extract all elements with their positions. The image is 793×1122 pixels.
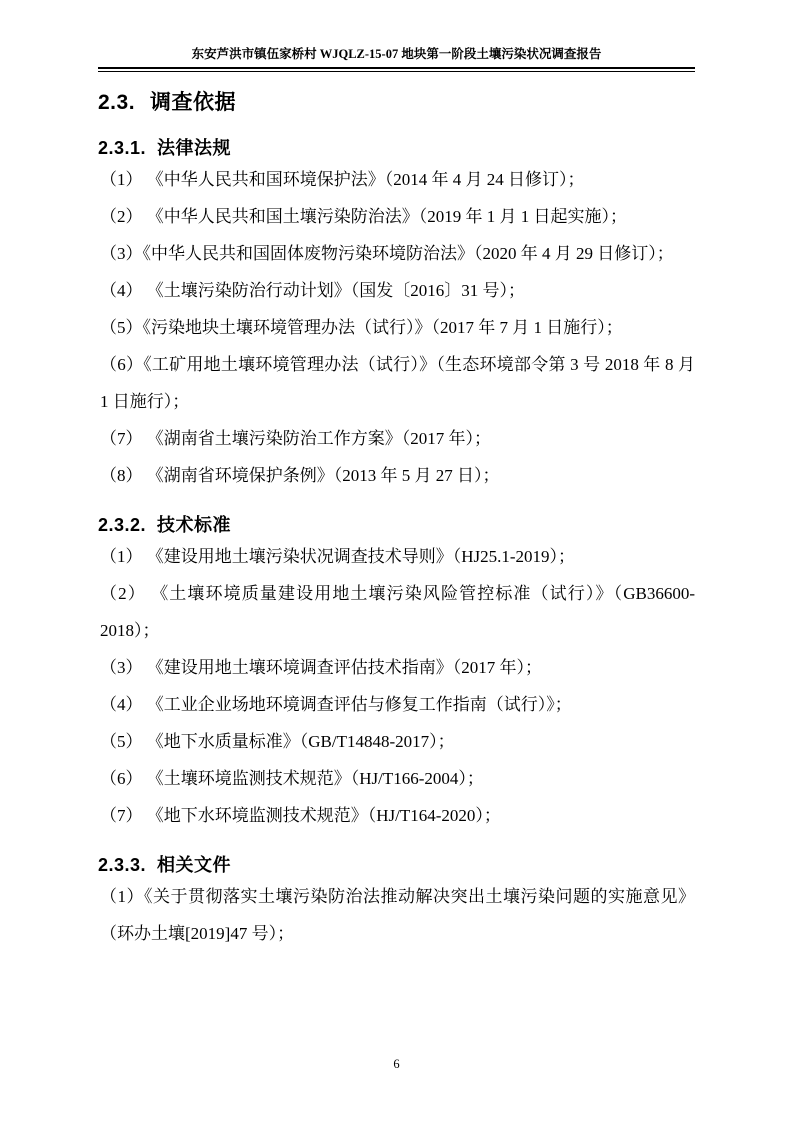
list-item: （7） 《地下水环境监测技术规范》（HJ/T164-2020）；	[98, 797, 695, 834]
list-item: （6） 《土壤环境监测技术规范》（HJ/T166-2004）；	[98, 760, 695, 797]
subsection-number: 2.3.1.	[98, 138, 146, 158]
list-item: （5） 《地下水质量标准》（GB/T14848-2017）；	[98, 723, 695, 760]
list-item: （8） 《湖南省环境保护条例》（2013 年 5 月 27 日）；	[98, 457, 695, 494]
report-header-title: 东安芦洪市镇伍家桥村 WJQLZ-15-07 地块第一阶段土壤污染状况调查报告	[98, 46, 695, 62]
section-number: 2.3.	[98, 91, 135, 114]
subsection-title: 相关文件	[157, 855, 231, 875]
section-heading-2-3: 2.3.调查依据	[98, 89, 695, 117]
list-item: （1） 《建设用地土壤污染状况调查技术导则》（HJ25.1-2019）；	[98, 538, 695, 575]
subsection-number: 2.3.3.	[98, 855, 146, 875]
subsection-heading-2-3-2: 2.3.2.技术标准	[98, 513, 695, 538]
list-item: （4） 《工业企业场地环境调查评估与修复工作指南（试行）》；	[98, 686, 695, 723]
list-item: （2） 《土壤环境质量建设用地土壤污染风险管控标准（试行）》（GB36600-2…	[98, 575, 695, 649]
list-item: （3）《中华人民共和国固体废物污染环境防治法》（2020 年 4 月 29 日修…	[98, 235, 695, 272]
list-item: （4） 《土壤污染防治行动计划》（国发〔2016〕31 号）；	[98, 272, 695, 309]
section-title: 调查依据	[150, 91, 236, 114]
standard-list: （1） 《建设用地土壤污染状况调查技术导则》（HJ25.1-2019）； （2）…	[98, 538, 695, 834]
page-number: 6	[393, 1057, 399, 1071]
list-item: （1） 《中华人民共和国环境保护法》（2014 年 4 月 24 日修订）；	[98, 161, 695, 198]
list-item: （2） 《中华人民共和国土壤污染防治法》（2019 年 1 月 1 日起实施）；	[98, 198, 695, 235]
list-item: （5）《污染地块土壤环境管理办法（试行）》（2017 年 7 月 1 日施行）；	[98, 309, 695, 346]
header-divider-rule	[98, 67, 695, 72]
list-item: （7） 《湖南省土壤污染防治工作方案》（2017 年）；	[98, 420, 695, 457]
page-footer: 6	[0, 1057, 793, 1072]
subsection-title: 法律法规	[157, 138, 231, 158]
law-list: （1） 《中华人民共和国环境保护法》（2014 年 4 月 24 日修订）； （…	[98, 161, 695, 494]
subsection-number: 2.3.2.	[98, 515, 146, 535]
page-header: 东安芦洪市镇伍家桥村 WJQLZ-15-07 地块第一阶段土壤污染状况调查报告	[98, 46, 695, 72]
related-document-list: （1）《关于贯彻落实土壤污染防治法推动解决突出土壤污染问题的实施意见》（环办土壤…	[98, 878, 695, 952]
list-item: （6）《工矿用地土壤环境管理办法（试行）》（生态环境部令第 3 号 2018 年…	[98, 346, 695, 420]
subsection-heading-2-3-1: 2.3.1.法律法规	[98, 136, 695, 161]
document-page: 东安芦洪市镇伍家桥村 WJQLZ-15-07 地块第一阶段土壤污染状况调查报告 …	[0, 0, 793, 1122]
list-item: （3） 《建设用地土壤环境调查评估技术指南》（2017 年）；	[98, 649, 695, 686]
list-item: （1）《关于贯彻落实土壤污染防治法推动解决突出土壤污染问题的实施意见》（环办土壤…	[98, 878, 695, 952]
subsection-title: 技术标准	[157, 515, 231, 535]
subsection-heading-2-3-3: 2.3.3.相关文件	[98, 853, 695, 878]
